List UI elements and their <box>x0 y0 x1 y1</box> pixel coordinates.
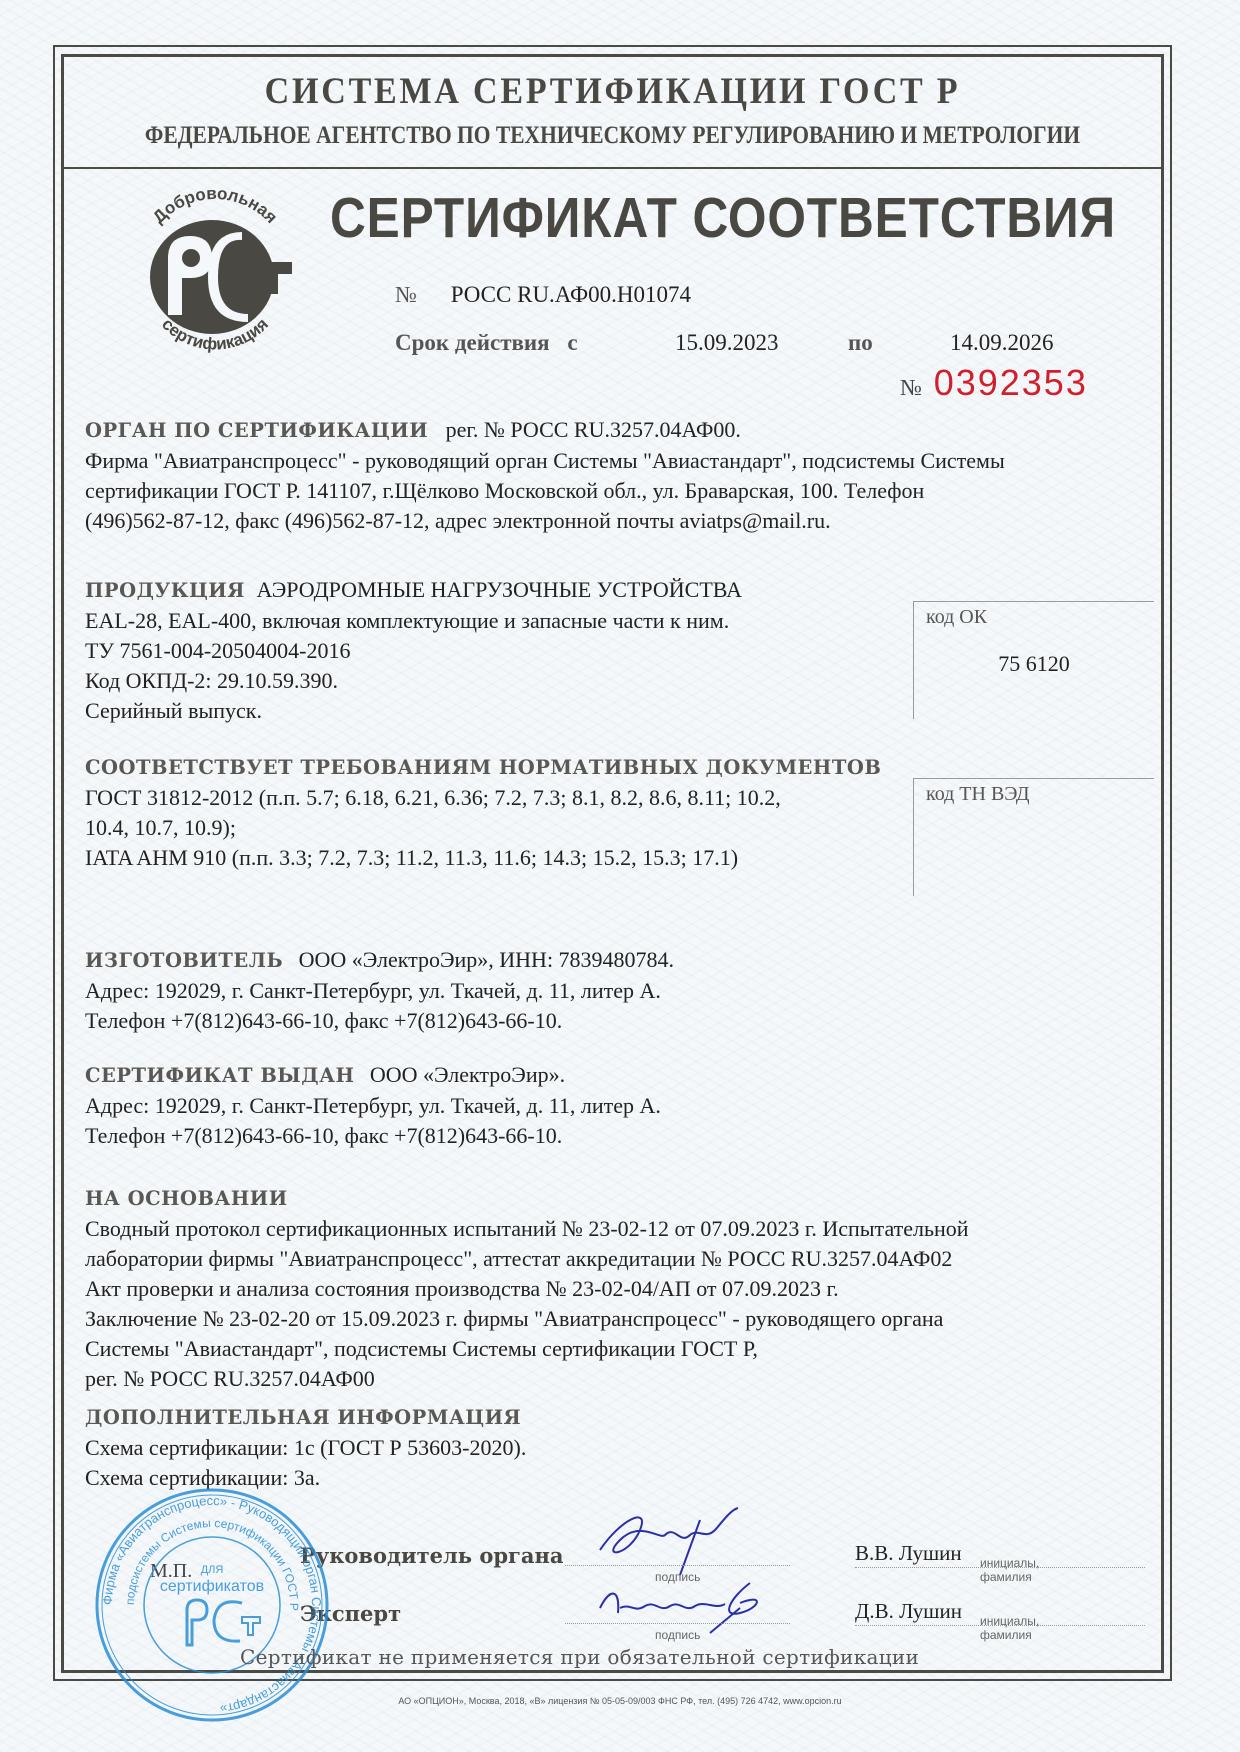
name-caption: инициалы, фамилия <box>980 1614 1039 1642</box>
validity-label-row: Срок действия с <box>395 330 578 356</box>
valid-to-date: 14.09.2026 <box>950 330 1054 356</box>
basis-line: рег. № РОСС RU.3257.04АФ00 <box>85 1364 1155 1394</box>
code-tnved-box: код ТН ВЭД <box>913 778 1154 896</box>
blank-serial-number: 0392353 <box>934 362 1088 403</box>
number-sign: № <box>395 282 417 307</box>
stamp-center-top: ДЛЯ <box>201 1564 224 1576</box>
manufacturer-section: ИЗГОТОВИТЕЛЬ ООО «ЭлектроЭир», ИНН: 7839… <box>85 945 1085 1036</box>
product-name: АЭРОДРОМНЫЕ НАГРУЗОЧНЫЕ УСТРОЙСТВА <box>256 577 742 602</box>
footer-note: Сертификат не применяется при обязательн… <box>240 1645 919 1669</box>
code-ok-value: 75 6120 <box>914 651 1154 677</box>
issued-to-name: ООО «ЭлектроЭир». <box>370 1062 565 1087</box>
blank-number-row: № 0392353 <box>900 362 1088 404</box>
certificate-title: СЕРТИФИКАТ СООТВЕТСТВИЯ <box>330 185 1116 251</box>
certification-body-section: ОРГАН ПО СЕРТИФИКАЦИИ рег. № РОСС RU.325… <box>85 415 1085 536</box>
validity-to-label: по <box>848 330 873 356</box>
basis-line: Сводный протокол сертификационных испыта… <box>85 1214 1155 1244</box>
valid-from-date: 15.09.2023 <box>675 330 779 356</box>
basis-line: Системы "Авиастандарт", подсистемы Систе… <box>85 1334 1155 1364</box>
manufacturer-name: ООО «ЭлектроЭир», ИНН: 7839480784. <box>299 947 675 972</box>
signatory-name: Д.В. Лушин <box>855 1599 962 1624</box>
signature-role: Руководитель органа <box>300 1543 563 1568</box>
certification-body-line: (496)562-87-12, факс (496)562-87-12, адр… <box>85 506 1085 536</box>
manufacturer-line: Адрес: 192029, г. Санкт-Петербург, ул. Т… <box>85 976 1085 1006</box>
system-title: СИСТЕМА СЕРТИФИКАЦИИ ГОСТ Р <box>105 70 1120 113</box>
additional-info-section: ДОПОЛНИТЕЛЬНАЯ ИНФОРМАЦИЯ Схема сертифик… <box>85 1402 1085 1493</box>
manufacturer-line: Телефон +7(812)643-66-10, факс +7(812)64… <box>85 1006 1085 1036</box>
additional-info-line: Схема сертификации: 1с (ГОСТ Р 53603-202… <box>85 1433 1085 1463</box>
issued-to-line: Телефон +7(812)643-66-10, факс +7(812)64… <box>85 1121 1085 1151</box>
section-heading: ИЗГОТОВИТЕЛЬ <box>85 949 283 972</box>
stamp-center-main: сертификатов <box>160 1578 264 1595</box>
agency-name: ФЕДЕРАЛЬНОЕ АГЕНТСТВО ПО ТЕХНИЧЕСКОМУ РЕ… <box>138 122 1087 150</box>
rst-logo-icon: Добровольная сертификация <box>130 180 300 370</box>
signatory-name: В.В. Лушин <box>855 1541 962 1566</box>
signature-row-head: Руководитель органа подпись В.В. Лушин и… <box>300 1530 980 1580</box>
section-heading: ПРОДУКЦИЯ <box>85 579 245 602</box>
section-heading: НА ОСНОВАНИИ <box>85 1187 288 1210</box>
certificate-number: РОСС RU.АФ00.Н01074 <box>451 282 691 307</box>
handwritten-signature-icon <box>580 1500 780 1580</box>
certification-body-line: Фирма "Авиатранспроцесс" - руководящий о… <box>85 446 1085 476</box>
issued-to-section: СЕРТИФИКАТ ВЫДАН ООО «ЭлектроЭир». Адрес… <box>85 1060 1085 1151</box>
validity-label: Срок действия <box>395 330 550 355</box>
basis-line: лаборатории фирмы "Авиатранспроцесс", ат… <box>85 1244 1155 1274</box>
section-heading: ДОПОЛНИТЕЛЬНАЯ ИНФОРМАЦИЯ <box>85 1406 521 1429</box>
printer-imprint: АО «ОПЦИОН», Москва, 2018, «В» лицензия … <box>0 1696 1240 1706</box>
certificate-number-row: № РОСС RU.АФ00.Н01074 <box>395 282 691 308</box>
name-caption: инициалы, фамилия <box>980 1556 1039 1584</box>
blank-number-sign: № <box>900 375 922 400</box>
section-heading: СООТВЕТСТВУЕТ ТРЕБОВАНИЯМ НОРМАТИВНЫХ ДО… <box>85 756 881 779</box>
basis-section: НА ОСНОВАНИИ Сводный протокол сертификац… <box>85 1183 1155 1394</box>
certification-body-line: сертификации ГОСТ Р. 141107, г.Щёлково М… <box>85 476 1085 506</box>
basis-line: Заключение № 23-02-20 от 15.09.2023 г. ф… <box>85 1304 1155 1334</box>
header-divider <box>61 167 1164 169</box>
code-ok-label: код ОК <box>914 602 1154 629</box>
validity-from-label: с <box>567 330 577 355</box>
code-tnved-label: код ТН ВЭД <box>914 779 1154 806</box>
section-heading: СЕРТИФИКАТ ВЫДАН <box>85 1064 354 1087</box>
certification-body-reg: рег. № РОСС RU.3257.04АФ00. <box>446 417 741 442</box>
signature-row-expert: Эксперт подпись Д.В. Лушин инициалы, фам… <box>300 1588 980 1638</box>
signature-caption: подпись <box>655 1628 700 1642</box>
code-ok-box: код ОК 75 6120 <box>913 601 1154 719</box>
official-stamp-icon: Фирма «Авиатранспроцесс» - Руководящий о… <box>92 1485 332 1725</box>
basis-line: Акт проверки и анализа состояния произво… <box>85 1274 1155 1304</box>
section-heading: ОРГАН ПО СЕРТИФИКАЦИИ <box>85 419 428 442</box>
issued-to-line: Адрес: 192029, г. Санкт-Петербург, ул. Т… <box>85 1091 1085 1121</box>
